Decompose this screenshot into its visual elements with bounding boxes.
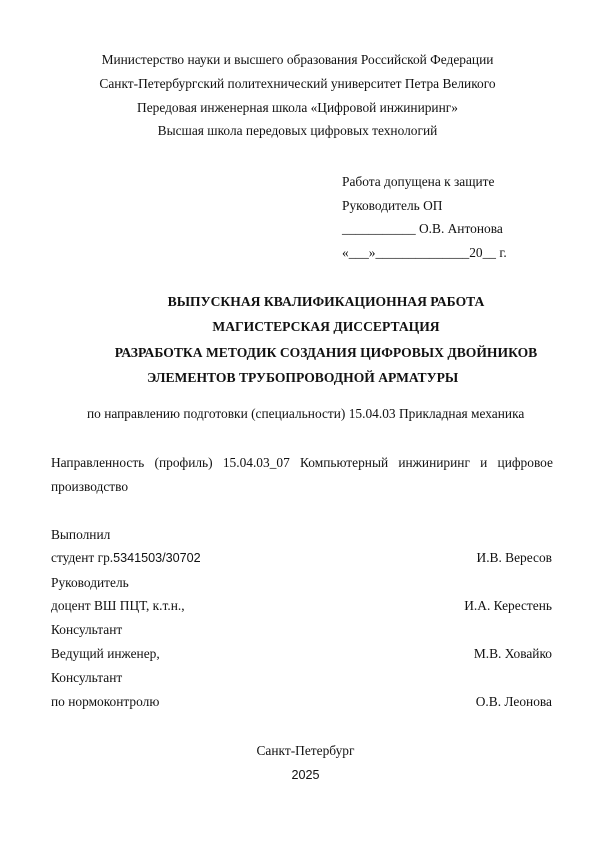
position-prefix: студент гр. (51, 550, 113, 565)
signature-position-supervisor: доцент ВШ ПЦТ, к.т.н., (51, 598, 185, 614)
signature-name-supervisor: И.А. Керестень (464, 598, 552, 614)
footer-year: 2025 (8, 767, 595, 783)
title-line-2: МАГИСТЕРСКАЯ ДИССЕРТАЦИЯ (58, 319, 594, 335)
signature-role-author: Выполнил (51, 527, 110, 543)
approval-date-line: «___»______________20__ г. (342, 245, 507, 261)
signature-role-consultant: Консультант (51, 622, 122, 638)
ministry-line: Министерство науки и высшего образования… (0, 52, 595, 68)
approval-admitted: Работа допущена к защите (342, 174, 494, 190)
title-line-4: ЭЛЕМЕНТОВ ТРУБОПРОВОДНОЙ АРМАТУРЫ (147, 370, 458, 386)
approval-signature-line: ___________ О.В. Антонова (342, 221, 503, 237)
signature-role-normcontrol: Консультант (51, 670, 122, 686)
signature-name-author: И.В. Вересов (477, 550, 552, 566)
school-line: Передовая инженерная школа «Цифровой инж… (0, 100, 595, 116)
title-line-3: РАЗРАБОТКА МЕТОДИК СОЗДАНИЯ ЦИФРОВЫХ ДВО… (58, 345, 594, 361)
approval-head-title: Руководитель ОП (342, 198, 442, 214)
signature-row-normcontrol: по нормоконтролю О.В. Леонова (51, 694, 552, 710)
group-code: 5341503/30702 (113, 551, 201, 565)
signature-name-normcontrol: О.В. Леонова (476, 694, 552, 710)
profile-line-2: производство (51, 479, 128, 495)
signature-name-consultant: М.В. Ховайко (474, 646, 552, 662)
university-line: Санкт-Петербургский политехнический унив… (0, 76, 595, 92)
signature-row-author: студент гр.5341503/30702 И.В. Вересов (51, 550, 552, 566)
profile-line-1: Направленность (профиль) 15.04.03_07 Ком… (51, 455, 553, 471)
higher-school-line: Высшая школа передовых цифровых технолог… (0, 123, 595, 139)
title-line-1: ВЫПУСКНАЯ КВАЛИФИКАЦИОННАЯ РАБОТА (58, 294, 594, 310)
signature-row-supervisor: доцент ВШ ПЦТ, к.т.н., И.А. Керестень (51, 598, 552, 614)
footer-city: Санкт-Петербург (8, 743, 595, 759)
direction-line: по направлению подготовки (специальности… (87, 406, 524, 422)
signature-row-consultant: Ведущий инженер, М.В. Ховайко (51, 646, 552, 662)
signature-position-consultant: Ведущий инженер, (51, 646, 160, 662)
signature-role-supervisor: Руководитель (51, 575, 129, 591)
signature-position-author: студент гр.5341503/30702 (51, 550, 201, 566)
signature-position-normcontrol: по нормоконтролю (51, 694, 159, 710)
